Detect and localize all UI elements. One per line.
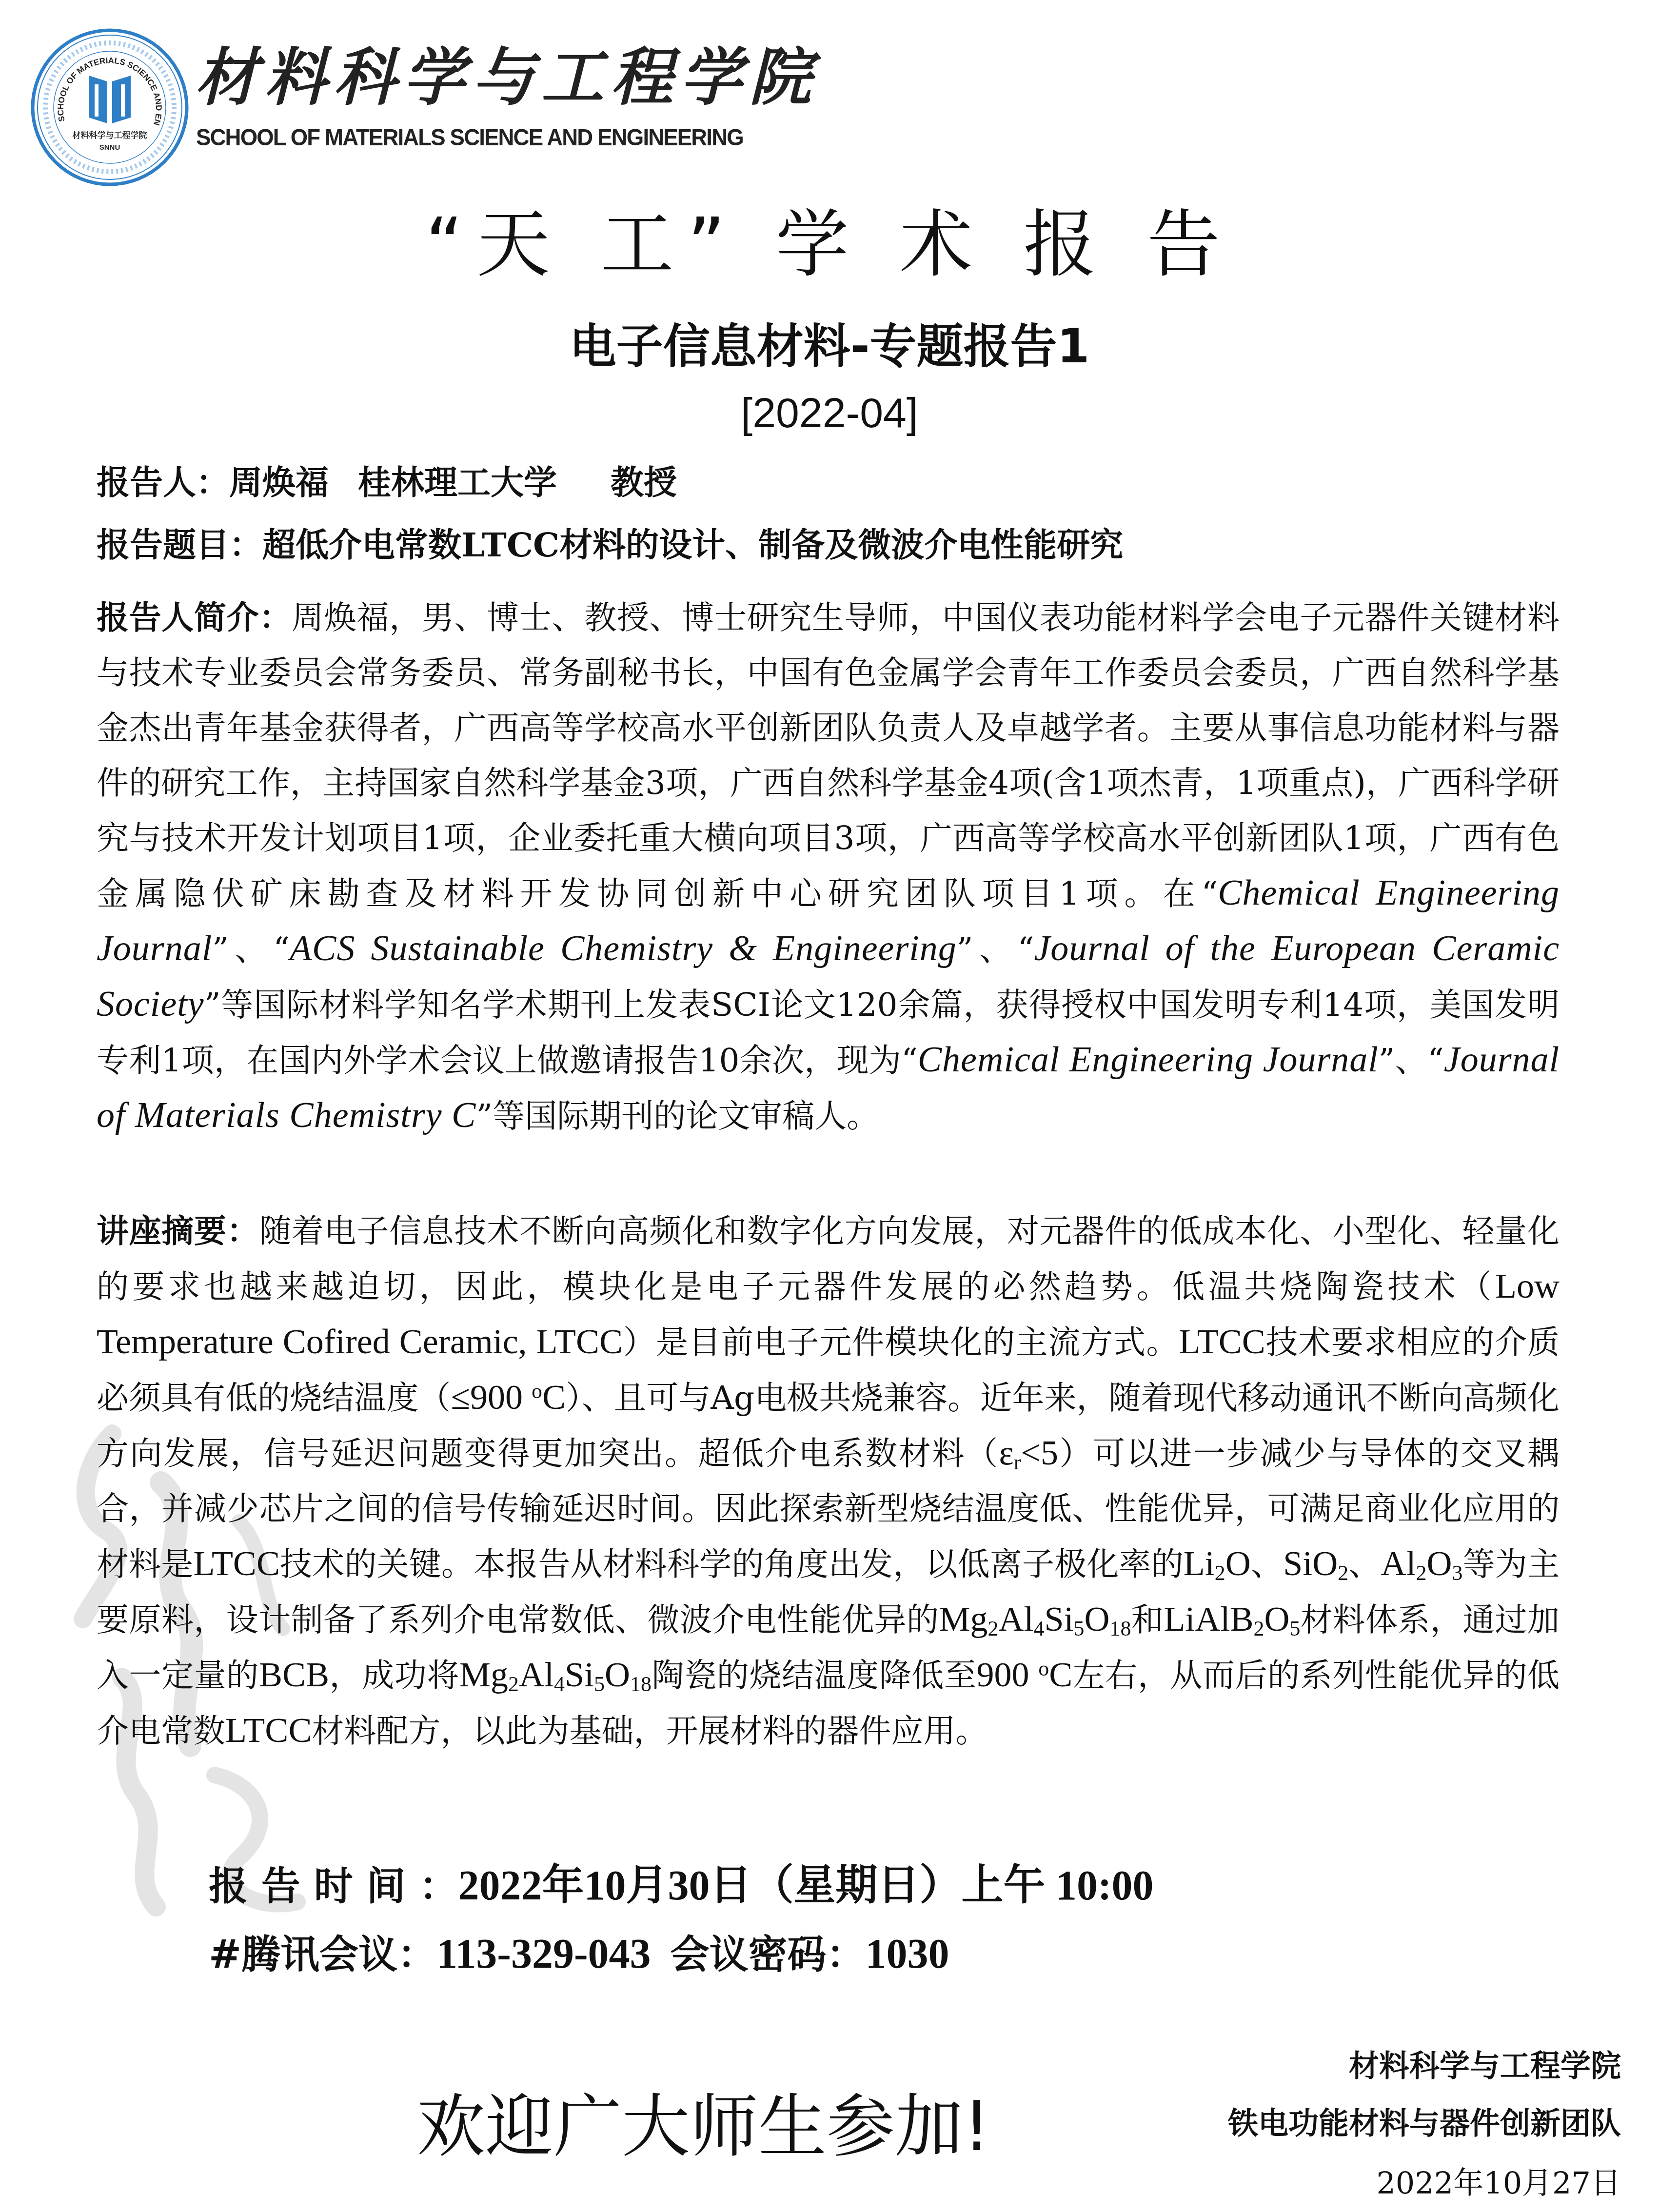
abstract-text: C bbox=[542, 1378, 566, 1417]
degree-sign: o bbox=[532, 1379, 542, 1403]
abstract-text: 陶瓷的烧结温度降低至 bbox=[652, 1657, 977, 1694]
abstract-text: LTCC bbox=[194, 1544, 280, 1583]
abstract-text: 材料配方，以此为基础，开展材料的器件应用。 bbox=[312, 1712, 987, 1750]
abstract-text: <5 bbox=[1021, 1433, 1058, 1472]
journal-name: ACS Sustainable Chemistry & Engineering bbox=[290, 928, 957, 968]
speaker-line: 报告人：周焕福桂林理工大学教授 bbox=[97, 463, 677, 503]
topic-text: 超低介电常数LTCC材料的设计、制备及微波介电性能研究 bbox=[262, 526, 1123, 565]
chem-formula: Mg2Al4Si5O18 bbox=[459, 1655, 652, 1694]
abstract-text: LTCC bbox=[1179, 1322, 1265, 1361]
bio-label: 报告人简介： bbox=[97, 598, 292, 636]
meeting-label: #腾讯会议： bbox=[209, 1931, 436, 1977]
meeting-password: 1030 bbox=[866, 1930, 949, 1977]
svg-text:SNNU: SNNU bbox=[99, 143, 120, 152]
meeting-info: #腾讯会议：113-329-043会议密码：1030 bbox=[209, 1929, 949, 1979]
abstract-text: BCB bbox=[259, 1655, 329, 1694]
bio-text: 周焕福，男、博士、教授、博士研究生导师，中国仪表功能材料学会电子元器件关键材料与… bbox=[97, 599, 1560, 912]
organizer-college: 材料科学与工程学院 bbox=[1349, 2048, 1621, 2084]
abstract-text: 随着电子信息技术不断向高频化和数字化方向发展，对元器件的低成本化、小型化、轻量化… bbox=[97, 1212, 1560, 1305]
organizer-team: 铁电功能材料与器件创新团队 bbox=[1228, 2106, 1621, 2142]
speaker-name: 周焕福 bbox=[229, 463, 329, 502]
abstract-text: ，成功将 bbox=[329, 1657, 459, 1694]
lecture-abstract: 讲座摘要：随着电子信息技术不断向高频化和数字化方向发展，对元器件的低成本化、小型… bbox=[97, 1204, 1560, 1758]
abstract-text: ≤900 bbox=[451, 1378, 532, 1417]
journal-name: Chemical Engineering Journal bbox=[918, 1040, 1379, 1080]
page-title: “天 工” 学 术 报 告 bbox=[0, 205, 1659, 285]
abstract-text: ）是目前电子元件模块化的主流方式。 bbox=[623, 1323, 1179, 1361]
chem-formula: SiO2 bbox=[1283, 1544, 1348, 1583]
time-label: 报 告 时 间 ： bbox=[209, 1863, 458, 1909]
degree-sign: o bbox=[1038, 1657, 1049, 1680]
abstract-text: 、 bbox=[1251, 1545, 1283, 1583]
bio-separator: ”、“ bbox=[957, 930, 1034, 968]
speaker-affiliation: 桂林理工大学 bbox=[358, 463, 557, 502]
welcome-message: 欢迎广大师生参加! bbox=[417, 2090, 990, 2165]
svg-text:材料科学与工程学院: 材料科学与工程学院 bbox=[73, 130, 147, 140]
meeting-id[interactable]: 113-329-043 bbox=[436, 1930, 651, 1977]
password-label: 会议密码： bbox=[671, 1931, 866, 1977]
speaker-rank: 教授 bbox=[611, 463, 677, 502]
college-name-en: SCHOOL OF MATERIALS SCIENCE AND ENGINEER… bbox=[196, 126, 743, 150]
speaker-label: 报告人： bbox=[97, 463, 229, 502]
bio-text: ”等国际期刊的论文审稿人。 bbox=[476, 1097, 879, 1135]
chem-formula: LiAlB2O5 bbox=[1164, 1600, 1300, 1639]
abstract-label: 讲座摘要： bbox=[97, 1212, 259, 1250]
chem-formula: Mg2Al4Si5O18 bbox=[939, 1600, 1131, 1639]
college-name-cn: 材料科学与工程学院 bbox=[195, 46, 818, 109]
epsilon-symbol: ε bbox=[999, 1433, 1013, 1472]
topic-label: 报告题目： bbox=[97, 526, 262, 565]
bio-separator: ”、“ bbox=[212, 930, 290, 968]
abstract-text: 和 bbox=[1131, 1601, 1164, 1639]
abstract-text: 900 bbox=[977, 1655, 1039, 1694]
abstract-text: 技术的关键。本报告从材料科学的角度出发，以低离子极化率的 bbox=[280, 1545, 1184, 1583]
time-value: 2022年10月30日（星期日）上午 10:00 bbox=[458, 1862, 1153, 1909]
topic-line: 报告题目：超低介电常数LTCC材料的设计、制备及微波介电性能研究 bbox=[97, 526, 1123, 566]
chem-formula: Al2O3 bbox=[1381, 1544, 1463, 1583]
abstract-text: 、 bbox=[1348, 1545, 1381, 1583]
college-logo: SCHOOL OF MATERIALS SCIENCE AND ENGINEER… bbox=[29, 27, 190, 188]
college-emblem-icon: SCHOOL OF MATERIALS SCIENCE AND ENGINEER… bbox=[29, 27, 190, 188]
bio-separator: ”、“ bbox=[1379, 1042, 1444, 1079]
abstract-text: r bbox=[1014, 1450, 1021, 1474]
series-title: 电子信息材料-专题报告1 bbox=[0, 319, 1659, 373]
abstract-text: LTCC bbox=[225, 1711, 312, 1750]
issue-date: 2022年10月27日 bbox=[1376, 2165, 1621, 2201]
speaker-bio: 报告人简介：周焕福，男、博士、教授、博士研究生导师，中国仪表功能材料学会电子元器… bbox=[97, 590, 1560, 1144]
abstract-text: C bbox=[1049, 1655, 1072, 1694]
issue-number: [2022-04] bbox=[0, 390, 1659, 436]
chem-formula: Li2O bbox=[1184, 1544, 1251, 1583]
lecture-time: 报 告 时 间 ：2022年10月30日（星期日）上午 10:00 bbox=[209, 1860, 1154, 1911]
